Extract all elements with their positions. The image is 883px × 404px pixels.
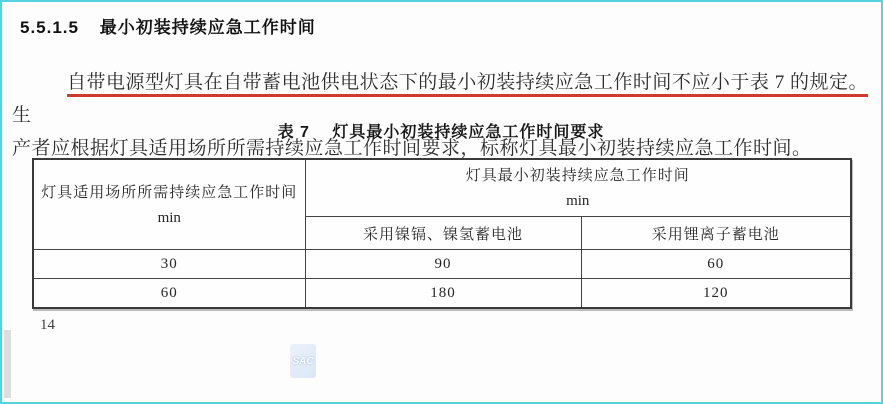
row-header-unit: min	[34, 206, 305, 230]
cell-li-ion-time: 120	[581, 279, 851, 309]
section-title: 最小初装持续应急工作时间	[100, 18, 316, 37]
table-caption: 表 7 灯具最小初装持续应急工作时间要求	[32, 119, 850, 142]
section-heading: 5.5.1.5 最小初装持续应急工作时间	[20, 13, 316, 38]
cell-nicd-nimh-time: 180	[305, 279, 581, 309]
page-number: 14	[40, 317, 55, 334]
cell-required-time: 30	[33, 250, 305, 279]
group-header-cell: 灯具最小初装持续应急工作时间 min	[305, 159, 851, 217]
table-row: 60 180 120	[33, 279, 851, 309]
group-header-text: 灯具最小初装持续应急工作时间	[306, 163, 851, 189]
row-header-text: 灯具适用场所所需持续应急工作时间	[34, 180, 305, 206]
row-header-cell: 灯具适用场所所需持续应急工作时间 min	[33, 159, 305, 250]
section-number: 5.5.1.5	[20, 18, 79, 37]
requirements-table: 灯具适用场所所需持续应急工作时间 min 灯具最小初装持续应急工作时间 min …	[32, 158, 852, 309]
table-header-row-1: 灯具适用场所所需持续应急工作时间 min 灯具最小初装持续应急工作时间 min	[33, 159, 851, 217]
paragraph-line1-tail: 生	[12, 105, 32, 126]
scan-edge-shadow	[4, 330, 11, 398]
table-caption-title: 灯具最小初装持续应急工作时间要求	[332, 124, 604, 141]
sac-watermark-logo: SAC	[290, 344, 316, 378]
sac-watermark-text: SAC	[292, 356, 313, 367]
cell-li-ion-time: 60	[581, 250, 851, 279]
document-page: 5.5.1.5 最小初装持续应急工作时间 自带电源型灯具在自带蓄电池供电状态下的…	[0, 0, 883, 404]
body-paragraph: 自带电源型灯具在自带蓄电池供电状态下的最小初装持续应急工作时间不应小于表 7 的…	[12, 66, 868, 165]
table-row: 30 90 60	[33, 250, 851, 279]
sub-header-nicd-nimh: 采用镍镉、镍氢蓄电池	[305, 217, 581, 250]
cell-nicd-nimh-time: 90	[305, 250, 581, 279]
table-caption-label: 表 7	[278, 124, 310, 141]
underlined-sentence: 自带电源型灯具在自带蓄电池供电状态下的最小初装持续应急工作时间不应小于表 7 的…	[67, 72, 868, 97]
cell-required-time: 60	[33, 279, 305, 309]
group-header-unit: min	[306, 189, 851, 213]
sub-header-li-ion: 采用锂离子蓄电池	[581, 217, 851, 250]
